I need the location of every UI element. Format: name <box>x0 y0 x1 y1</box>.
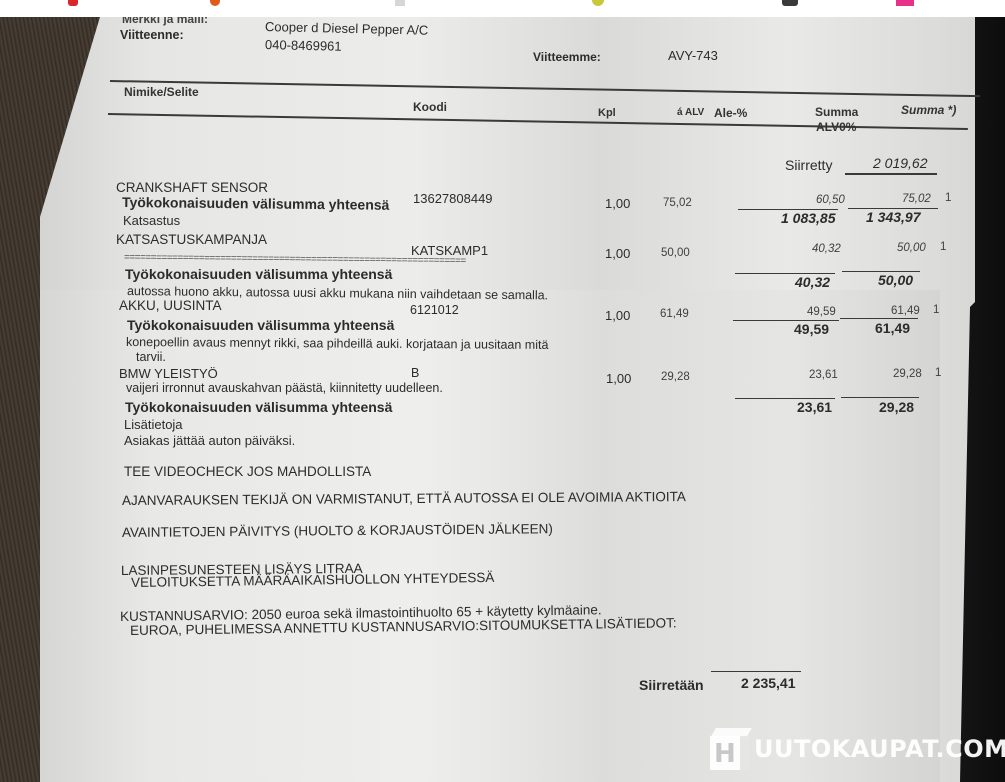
row-qty: 1,00 <box>606 371 631 386</box>
col-header-sum-excl-2: ALV0% <box>816 120 856 134</box>
col-header-discount: Ale-% <box>714 106 747 120</box>
subtotal-sum-incl: 1 343,97 <box>866 209 921 225</box>
row-vat-code: 1 <box>940 241 946 253</box>
top-strip <box>0 0 1005 17</box>
row-qty: 1,00 <box>605 246 630 261</box>
app-icon-pink <box>896 0 914 6</box>
row-unit-price: 75,02 <box>663 197 692 209</box>
row-code: B <box>411 366 419 380</box>
row-code: 13627808449 <box>413 191 493 206</box>
row-sum-incl: 61,49 <box>891 305 920 317</box>
row-unit-price: 61,49 <box>660 308 689 320</box>
row-sum-excl: 60,50 <box>816 194 845 206</box>
subtotal-label: Työkokonaisuuden välisumma yhteensä <box>125 399 392 415</box>
app-icon-yellow <box>592 0 604 6</box>
row-sum-excl: 23,61 <box>809 369 838 381</box>
app-icon-grey <box>395 0 405 6</box>
row-sum-excl: 40,32 <box>812 243 841 255</box>
row-sum-excl: 49,59 <box>807 306 836 318</box>
carried-in-value: 2 019,62 <box>873 155 928 171</box>
note-cable: vaijeri irronnut avauskahvan päästä, kii… <box>126 381 443 395</box>
note-hood-2: tarvii. <box>136 350 166 364</box>
col-header-name: Nimike/Selite <box>124 85 199 99</box>
col-header-code: Koodi <box>413 100 447 114</box>
row-name: CRANKSHAFT SENSOR <box>116 180 268 195</box>
subtotal-sum-incl: 29,28 <box>879 399 914 415</box>
row-qty: 1,00 <box>605 196 630 211</box>
row-sum-incl: 29,28 <box>893 368 922 380</box>
subtotal-sum-incl: 61,49 <box>875 320 910 336</box>
col-header-unit-price: á ALV <box>677 107 704 118</box>
subtotal-sum-excl: 49,59 <box>794 321 829 337</box>
row-name: KATSASTUSKAMPANJA <box>116 232 267 247</box>
row-code: 6121012 <box>410 303 459 317</box>
row-unit-price: 50,00 <box>661 247 690 259</box>
reference-value: 040-8469961 <box>265 37 342 54</box>
reference-label: Viitteenne: <box>120 28 184 42</box>
row-name: AKKU, UUSINTA <box>119 298 222 313</box>
row-sum-incl: 50,00 <box>897 242 926 254</box>
note-hood-1: konepoellin avaus mennyt rikki, saa pihd… <box>126 335 549 352</box>
subtotal-sum-excl: 23,61 <box>797 399 832 415</box>
carried-out-label: Siirretään <box>639 677 704 693</box>
subtotal-label: Työkokonaisuuden välisumma yhteensä <box>127 317 394 333</box>
app-icon-red <box>68 0 78 6</box>
col-header-sum-excl-1: Summa <box>815 105 858 119</box>
subtotal-label: Työkokonaisuuden välisumma yhteensä <box>125 266 392 282</box>
row-vat-code: 1 <box>933 304 939 316</box>
subtotal-sum-excl: 1 083,85 <box>781 210 836 226</box>
note-katsastus: Katsastus <box>123 213 180 228</box>
row-unit-price: 29,28 <box>661 371 690 383</box>
watermark-text: UUTOKAUPAT.COM <box>754 735 1005 763</box>
subtotal-label: Työkokonaisuuden välisumma yhteensä <box>122 194 390 213</box>
row-vat-code: 1 <box>935 367 941 379</box>
col-header-sum-incl: Summa *) <box>901 103 956 117</box>
row-qty: 1,00 <box>605 308 630 323</box>
our-reference-value: AVY-743 <box>668 48 718 63</box>
carried-in-label: Siirretty <box>785 157 832 173</box>
subtotal-sum-incl: 50,00 <box>878 272 913 288</box>
cube-logo-icon: H <box>710 728 750 770</box>
our-reference-label: Viitteemme: <box>533 50 601 64</box>
subtotal-sum-excl: 40,32 <box>795 274 830 290</box>
carried-out-value: 2 235,41 <box>741 675 796 691</box>
watermark: H UUTOKAUPAT.COM <box>710 728 1005 770</box>
extra-info-label: Lisätietoja <box>124 417 183 432</box>
app-icon-dark <box>782 0 798 6</box>
note-videocheck: TEE VIDEOCHECK JOS MAHDOLLISTA <box>124 464 371 479</box>
col-header-qty: Kpl <box>598 107 616 119</box>
row-sum-incl: 75,02 <box>902 193 931 205</box>
app-icon-orange <box>210 0 220 6</box>
extra-info-text: Asiakas jättää auton päiväksi. <box>124 433 295 448</box>
row-name: BMW YLEISTYÖ <box>119 366 218 381</box>
row-vat-code: 1 <box>945 192 951 204</box>
